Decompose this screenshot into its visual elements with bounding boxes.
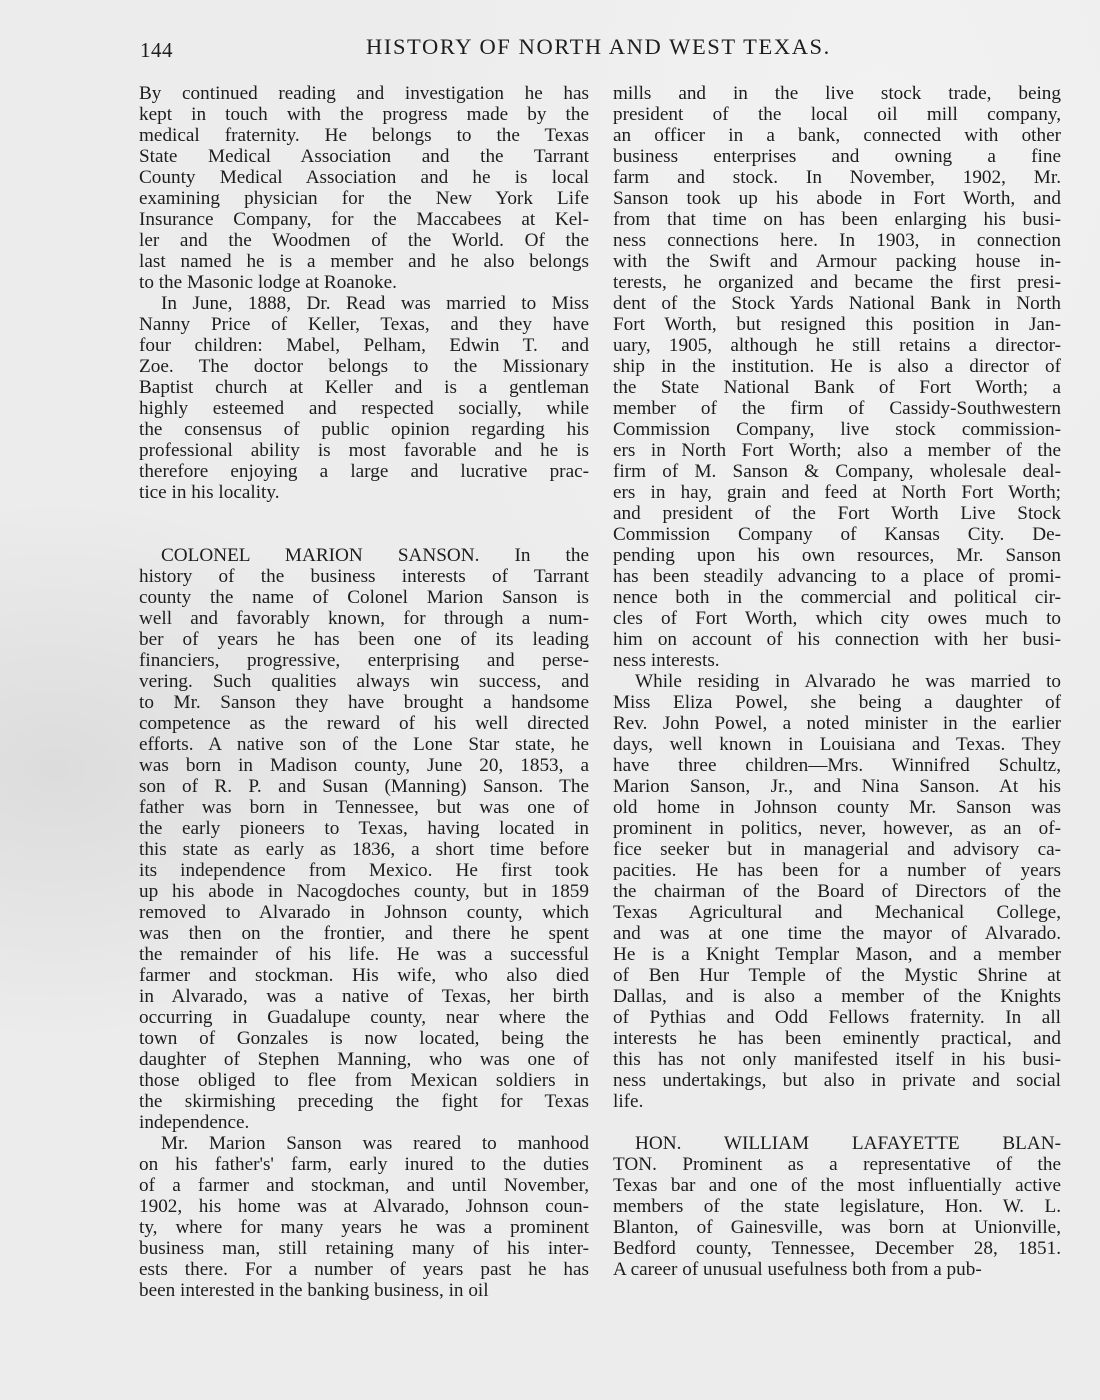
text-line: four children: Mabel, Pelham, Edwin T. a… [139,335,589,356]
text-line: was then on the frontier, and there he s… [139,923,589,944]
text-line: son of R. P. and Susan (Manning) Sanson.… [139,776,589,797]
page-number: 144 [140,38,173,63]
text-line: nence both in the commercial and politic… [613,587,1061,608]
text-line: to Mr. Sanson they have brought a handso… [139,692,589,713]
text-line: has been steadily advancing to a place o… [613,566,1061,587]
text-line: him on account of his connection with he… [613,629,1061,650]
text-line: member of the firm of Cassidy-Southweste… [613,398,1061,419]
text-line: ty, where for many years he was a promin… [139,1217,589,1238]
text-line: Mr. Marion Sanson was reared to manhood [139,1133,589,1154]
text-line: in Alvarado, was a native of Texas, her … [139,986,589,1007]
text-line: ler and the Woodmen of the World. Of the [139,230,589,251]
text-line: life. [613,1091,1061,1112]
text-line: was born in Madison county, June 20, 185… [139,755,589,776]
text-line: Commission Company of Kansas City. De- [613,524,1061,545]
text-line: the State National Bank of Fort Worth; a [613,377,1061,398]
running-title: HISTORY OF NORTH AND WEST TEXAS. [366,34,831,60]
text-line: ness connections here. In 1903, in conne… [613,230,1061,251]
text-line: Commission Company, live stock commissio… [613,419,1061,440]
text-line: ber of years he has been one of its lead… [139,629,589,650]
text-line: ness undertakings, but also in private a… [613,1070,1061,1091]
text-line: been interested in the banking business,… [139,1280,589,1301]
text-line: the remainder of his life. He was a succ… [139,944,589,965]
text-line: A career of unusual usefulness both from… [613,1259,1061,1280]
text-line: 1902, his home was at Alvarado, Johnson … [139,1196,589,1217]
text-line: Baptist church at Keller and is a gentle… [139,377,589,398]
text-line: with the Swift and Armour packing house … [613,251,1061,272]
text-line: interests he has been eminently practica… [613,1028,1061,1049]
text-line: Dallas, and is also a member of the Knig… [613,986,1061,1007]
text-line: vering. Such qualities always win succes… [139,671,589,692]
text-line: firm of M. Sanson & Company, wholesale d… [613,461,1061,482]
text-line: business enterprises and owning a fine [613,146,1061,167]
text-line: Texas bar and one of the most influentia… [613,1175,1061,1196]
text-line: those obliged to flee from Mexican soldi… [139,1070,589,1091]
text-line: COLONEL MARION SANSON. In the [139,545,589,566]
text-line: of Pythias and Odd Fellows fraternity. I… [613,1007,1061,1028]
text-line: fice seeker but in managerial and adviso… [613,839,1061,860]
text-line: Bedford county, Tennessee, December 28, … [613,1238,1061,1259]
text-line: farm and stock. In November, 1902, Mr. [613,167,1061,188]
text-line: pending upon his own resources, Mr. Sans… [613,545,1061,566]
text-line: the consensus of public opinion regardin… [139,419,589,440]
text-line: old home in Johnson county Mr. Sanson wa… [613,797,1061,818]
text-line: professional ability is most favorable a… [139,440,589,461]
text-line: He is a Knight Templar Mason, and a memb… [613,944,1061,965]
text-line: County Medical Association and he is loc… [139,167,589,188]
text-line: Miss Eliza Powel, she being a daughter o… [613,692,1061,713]
text-line: therefore enjoying a large and lucrative… [139,461,589,482]
paragraph-gap [139,524,589,545]
text-line: ness interests. [613,650,1061,671]
text-line: financiers, progressive, enterprising an… [139,650,589,671]
text-line: Marion Sanson, Jr., and Nina Sanson. At … [613,776,1061,797]
text-line: members of the state legislature, Hon. W… [613,1196,1061,1217]
text-line: have three children—Mrs. Winnifred Schul… [613,755,1061,776]
text-line: While residing in Alvarado he was marrie… [613,671,1061,692]
paragraph-gap [139,503,589,524]
text-line: president of the local oil mill company, [613,104,1061,125]
text-line: removed to Alvarado in Johnson county, w… [139,902,589,923]
text-line: Sanson took up his abode in Fort Worth, … [613,188,1061,209]
text-line: mills and in the live stock trade, being [613,83,1061,104]
text-line: Rev. John Powel, a noted minister in the… [613,713,1061,734]
right-column: mills and in the live stock trade, being… [613,83,1061,1280]
text-line: cles of Fort Worth, which city owes much… [613,608,1061,629]
text-line: farmer and stockman. His wife, who also … [139,965,589,986]
text-line: In June, 1888, Dr. Read was married to M… [139,293,589,314]
text-line: well and favorably known, for through a … [139,608,589,629]
text-line: days, well known in Louisiana and Texas.… [613,734,1061,755]
text-line: the early pioneers to Texas, having loca… [139,818,589,839]
text-line: last named he is a member and he also be… [139,251,589,272]
text-line: medical fraternity. He belongs to the Te… [139,125,589,146]
text-line: Fort Worth, but resigned this position i… [613,314,1061,335]
text-line: Nanny Price of Keller, Texas, and they h… [139,314,589,335]
text-line: Blanton, of Gainesville, was born at Uni… [613,1217,1061,1238]
text-line: history of the business interests of Tar… [139,566,589,587]
text-line: on his father's' farm, early inured to t… [139,1154,589,1175]
text-line: the chairman of the Board of Directors o… [613,881,1061,902]
text-line: prominent in politics, never, however, a… [613,818,1061,839]
text-line: father was born in Tennessee, but was on… [139,797,589,818]
left-column: By continued reading and investigation h… [139,83,589,1301]
text-line: daughter of Stephen Manning, who was one… [139,1049,589,1070]
text-line: Insurance Company, for the Maccabees at … [139,209,589,230]
text-line: ers in hay, grain and feed at North Fort… [613,482,1061,503]
page-header: 144 HISTORY OF NORTH AND WEST TEXAS. [0,34,1100,64]
text-line: uary, 1905, although he still retains a … [613,335,1061,356]
text-line: competence as the reward of his well dir… [139,713,589,734]
text-line: pacities. He has been for a number of ye… [613,860,1061,881]
text-line: independence. [139,1112,589,1133]
text-line: dent of the Stock Yards National Bank in… [613,293,1061,314]
text-line: this state as early as 1836, a short tim… [139,839,589,860]
text-line: the skirmishing preceding the fight for … [139,1091,589,1112]
text-line: HON. WILLIAM LAFAYETTE BLAN- [613,1133,1061,1154]
paragraph-gap [613,1112,1061,1133]
text-line: this has not only manifested itself in h… [613,1049,1061,1070]
text-line: and president of the Fort Worth Live Sto… [613,503,1061,524]
text-line: county the name of Colonel Marion Sanson… [139,587,589,608]
text-line: terests, he organized and became the fir… [613,272,1061,293]
text-line: ests there. For a number of years past h… [139,1259,589,1280]
text-line: and was at one time the mayor of Alvarad… [613,923,1061,944]
text-line: Zoe. The doctor belongs to the Missionar… [139,356,589,377]
text-line: Texas Agricultural and Mechanical Colleg… [613,902,1061,923]
text-line: an officer in a bank, connected with oth… [613,125,1061,146]
text-line: its independence from Mexico. He first t… [139,860,589,881]
text-line: ers in North Fort Worth; also a member o… [613,440,1061,461]
text-line: business man, still retaining many of hi… [139,1238,589,1259]
text-line: from that time on has been enlarging his… [613,209,1061,230]
text-line: highly esteemed and respected socially, … [139,398,589,419]
text-line: By continued reading and investigation h… [139,83,589,104]
text-line: kept in touch with the progress made by … [139,104,589,125]
text-line: tice in his locality. [139,482,589,503]
text-line: efforts. A native son of the Lone Star s… [139,734,589,755]
text-line: occurring in Guadalupe county, near wher… [139,1007,589,1028]
text-line: TON. Prominent as a representative of th… [613,1154,1061,1175]
text-line: town of Gonzales is now located, being t… [139,1028,589,1049]
text-line: ship in the institution. He is also a di… [613,356,1061,377]
text-line: State Medical Association and the Tarran… [139,146,589,167]
text-line: to the Masonic lodge at Roanoke. [139,272,589,293]
text-line: up his abode in Nacogdoches county, but … [139,881,589,902]
text-line: of Ben Hur Temple of the Mystic Shrine a… [613,965,1061,986]
text-line: examining physician for the New York Lif… [139,188,589,209]
text-line: of a farmer and stockman, and until Nove… [139,1175,589,1196]
